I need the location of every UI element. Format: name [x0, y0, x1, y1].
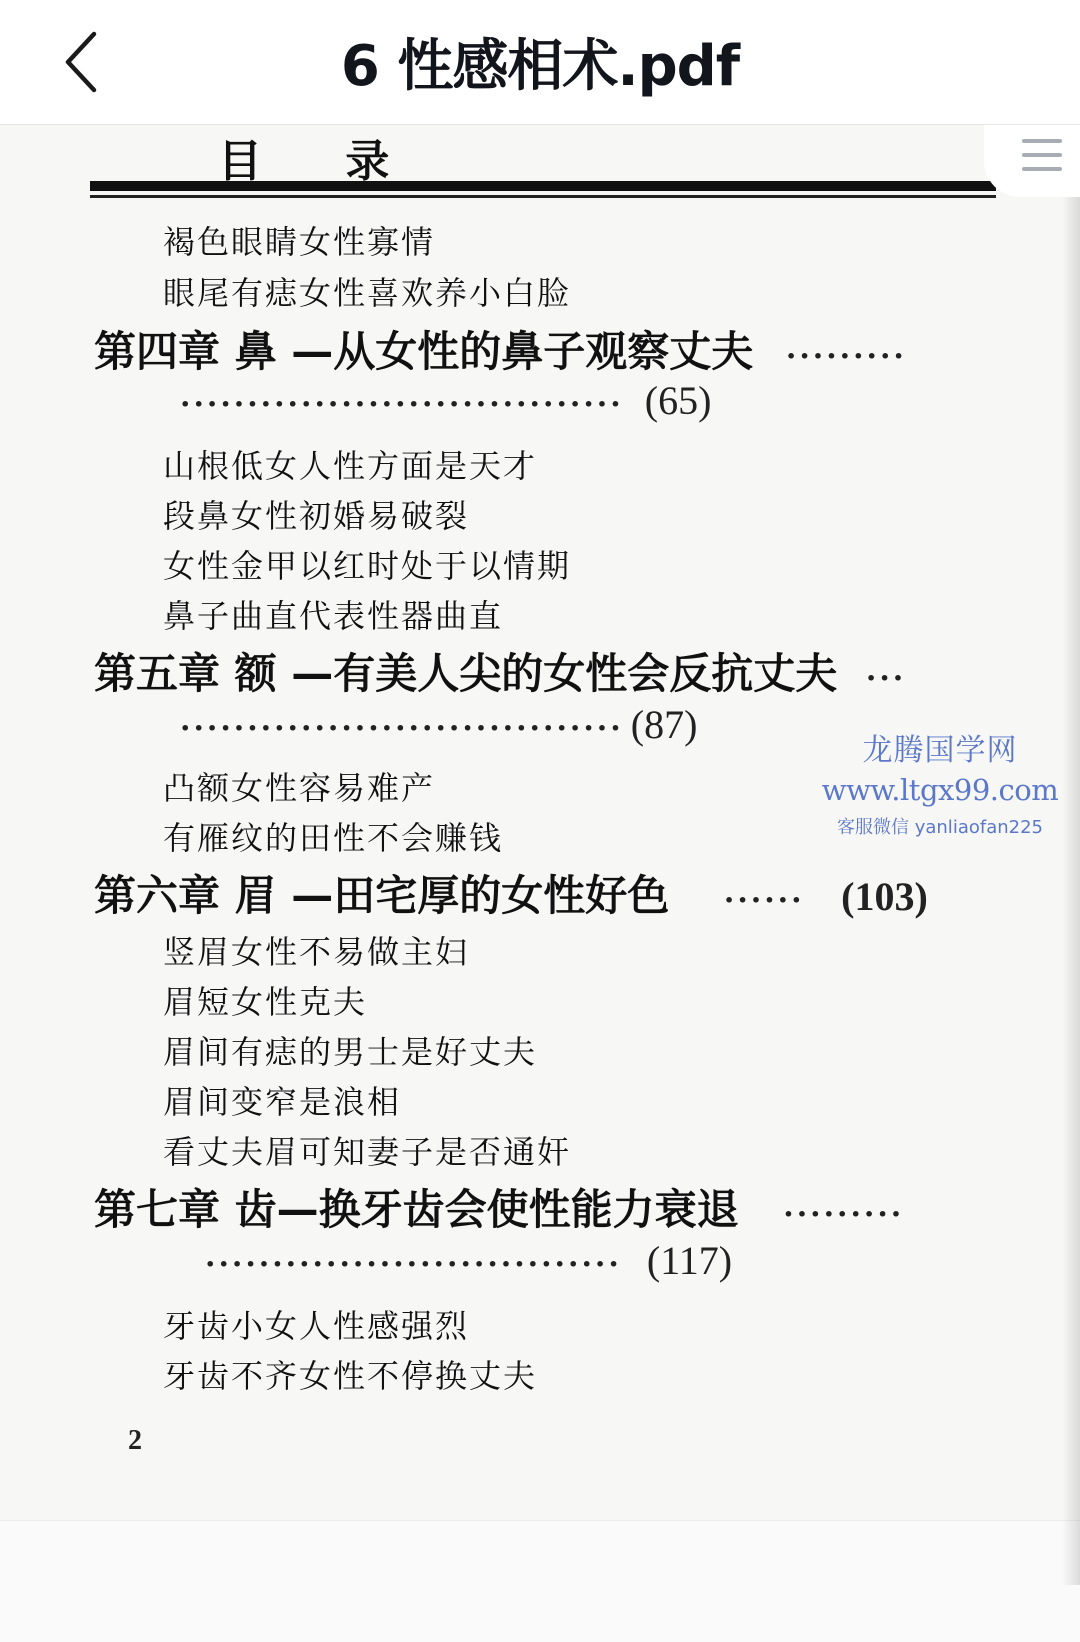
- toc-subentry: 女性金甲以红时处于以情期: [163, 541, 571, 587]
- chapter-title: 第六章 眉 —田宅厚的女性好色: [94, 871, 669, 920]
- toc-subentry: 眉间变窄是浪相: [163, 1077, 401, 1123]
- toc-subentry: 段鼻女性初婚易破裂: [163, 491, 469, 537]
- watermark-site-name: 龙腾国学网: [800, 725, 1080, 769]
- top-bar: 6 性感相术.pdf: [0, 0, 1080, 125]
- toc-heading: 目 录: [218, 125, 423, 189]
- leader-dots: ·································: [180, 387, 624, 422]
- toc-chapter[interactable]: 第五章 额 —有美人尖的女性会反抗丈夫 ···: [94, 641, 906, 701]
- toc-subentry: 牙齿不齐女性不停换丈夫: [163, 1351, 537, 1397]
- toc-subentry: 眉短女性克夫: [163, 977, 367, 1023]
- toc-chapter-continuation: ································· (87): [180, 701, 697, 748]
- toc-subentry: 牙齿小女人性感强烈: [163, 1301, 469, 1347]
- chapter-title: 第四章 鼻 —从女性的鼻子观察丈夫: [94, 327, 753, 376]
- pdf-page[interactable]: 目 录 褐色眼睛女性寡情 眼尾有痣女性喜欢养小白脸 第四章 鼻 —从女性的鼻子观…: [0, 125, 1080, 1642]
- document-title: 6 性感相术.pdf: [0, 22, 1080, 102]
- hamburger-menu-icon-bar: [1022, 153, 1062, 157]
- toc-subentry: 鼻子曲直代表性器曲直: [163, 591, 503, 637]
- leader-dots: ···: [866, 661, 906, 696]
- watermark: 龙腾国学网 www.ltgx99.com 客服微信 yanliaofan225: [800, 725, 1080, 839]
- next-page-edge: [0, 1520, 1080, 1642]
- watermark-contact: 客服微信 yanliaofan225: [800, 813, 1080, 839]
- heading-rule-thin: [90, 195, 996, 198]
- page-ref: (87): [631, 702, 698, 747]
- outline-menu-button[interactable]: [984, 125, 1080, 197]
- toc-subentry: 眼尾有痣女性喜欢养小白脸: [163, 268, 571, 314]
- toc-chapter[interactable]: 第四章 鼻 —从女性的鼻子观察丈夫 ·········: [94, 319, 907, 379]
- toc-chapter[interactable]: 第六章 眉 —田宅厚的女性好色 ······ (103): [94, 863, 928, 923]
- leader-dots: ······: [724, 883, 805, 918]
- toc-subentry: 看丈夫眉可知妻子是否通奸: [163, 1127, 571, 1173]
- leader-dots: ·································: [180, 711, 624, 746]
- toc-subentry: 褐色眼睛女性寡情: [163, 217, 435, 263]
- hamburger-menu-icon: [1022, 139, 1062, 143]
- leader-dots: ·········: [783, 1197, 904, 1232]
- toc-subentry: 有雁纹的田性不会赚钱: [163, 813, 503, 859]
- page-number: 2: [128, 1425, 142, 1457]
- page-ref: (65): [645, 378, 712, 423]
- chapter-title: 第五章 额 —有美人尖的女性会反抗丈夫: [94, 649, 837, 698]
- toc-subentry: 山根低女人性方面是天才: [163, 441, 537, 487]
- hamburger-menu-icon-bar: [1022, 167, 1062, 171]
- leader-dots: ·······························: [205, 1247, 622, 1282]
- chapter-title: 第七章 齿—换牙齿会使性能力衰退: [94, 1185, 739, 1234]
- toc-subentry: 凸额女性容易难产: [163, 763, 435, 809]
- toc-chapter[interactable]: 第七章 齿—换牙齿会使性能力衰退 ·········: [94, 1177, 904, 1237]
- page-ref: (117): [647, 1238, 732, 1283]
- toc-chapter-continuation: ······························· (117): [205, 1237, 732, 1284]
- toc-subentry: 眉间有痣的男士是好丈夫: [163, 1027, 537, 1073]
- toc-subentry: 竖眉女性不易做主妇: [163, 927, 469, 973]
- page-ref: (103): [841, 874, 928, 919]
- leader-dots: ·········: [786, 339, 907, 374]
- toc-chapter-continuation: ································· (65): [180, 377, 711, 424]
- heading-rule: [90, 181, 996, 191]
- watermark-url: www.ltgx99.com: [800, 773, 1080, 807]
